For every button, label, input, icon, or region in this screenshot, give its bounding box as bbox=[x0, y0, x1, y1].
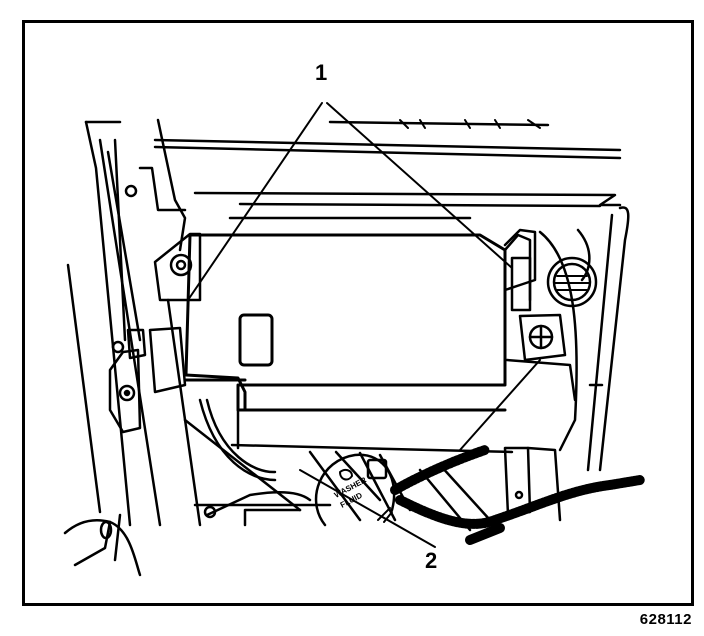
lower-trim bbox=[185, 400, 330, 525]
line-drawing: WASHER FLUID bbox=[0, 0, 704, 636]
module-housing bbox=[186, 235, 530, 452]
leader-1-right bbox=[327, 103, 512, 268]
wiring-harness bbox=[395, 450, 640, 540]
leader-1-left bbox=[188, 103, 322, 300]
fastener-left bbox=[155, 234, 200, 300]
figure-number: 628112 bbox=[640, 611, 692, 628]
right-connector bbox=[505, 230, 575, 400]
leader-2-b bbox=[460, 360, 540, 450]
dash-panel-lines bbox=[155, 120, 620, 218]
callout-label-1: 1 bbox=[315, 62, 327, 84]
service-illustration: WASHER FLUID bbox=[0, 0, 704, 636]
right-trim bbox=[540, 207, 628, 470]
callout-label-2: 2 bbox=[425, 550, 437, 572]
a-pillar bbox=[68, 120, 185, 525]
